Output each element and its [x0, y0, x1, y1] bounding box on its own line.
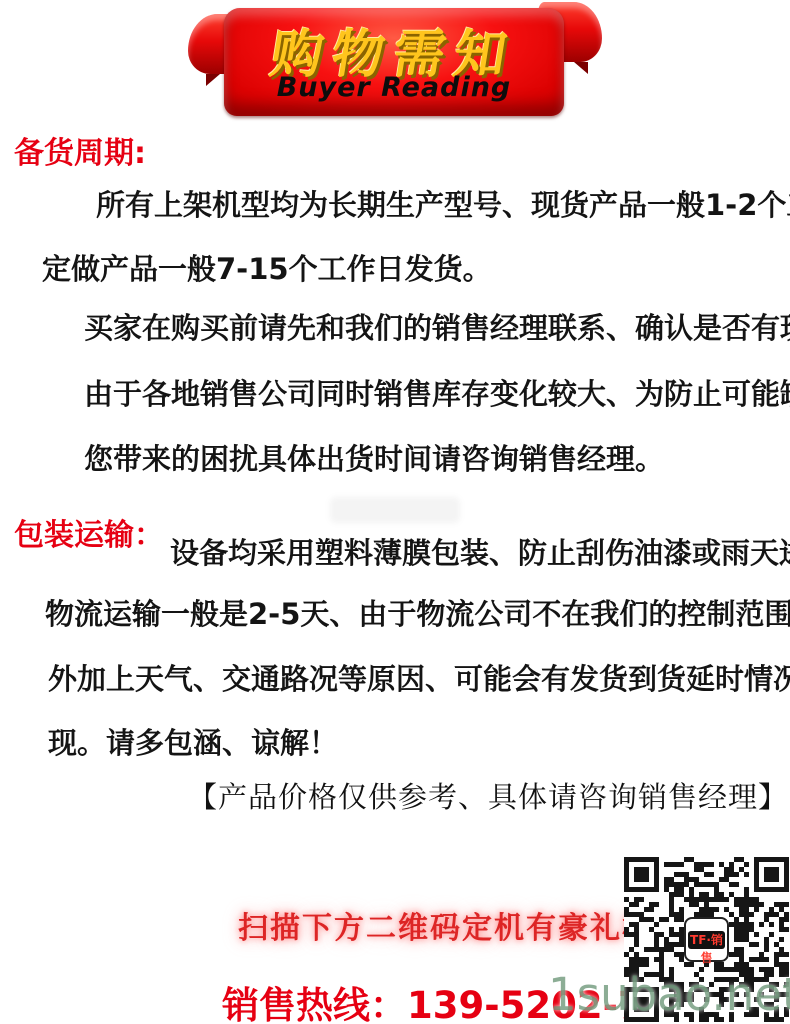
price-disclaimer: 【产品价格仅供参考、具体请咨询销售经理】 [188, 775, 788, 816]
qr-logo-text: TF·销售 [688, 931, 725, 949]
stock-line-2: 定做产品一般7-15个工作日发货。 [42, 247, 492, 288]
shipping-line-3: 外加上天气、交通路况等原因、可能会有发货到货延时情况出 [48, 657, 790, 698]
stock-line-3: 买家在购买前请先和我们的销售经理联系、确认是否有现货 [84, 306, 790, 347]
shipping-line-2: 物流运输一般是2-5天、由于物流公司不在我们的控制范围内 [45, 592, 790, 633]
qr-promo-text: 扫描下方二维码定机有豪礼相送 [238, 903, 686, 947]
shipping-line-4: 现。请多包涵、谅解！ [48, 721, 338, 762]
stock-section-heading: 备货周期: [14, 128, 146, 172]
stock-line-5: 您带来的困扰具体出货时间请咨询销售经理。 [84, 437, 664, 478]
site-watermark: 1subao.net [548, 968, 790, 1021]
stock-line-4: 由于各地销售公司同时销售库存变化较大、为防止可能缺货给 [84, 372, 790, 413]
banner-subtitle: Buyer Reading [186, 72, 602, 103]
shipping-section-heading: 包装运输： [14, 510, 164, 554]
faint-watermark-smudge [330, 497, 460, 523]
stock-line-1: 所有上架机型均为长期生产型号、现货产品一般1-2个工作日、 [96, 183, 790, 224]
buyer-reading-page: 购物需知 Buyer Reading 备货周期: 所有上架机型均为长期生产型号、… [0, 0, 790, 1024]
shipping-line-1: 设备均采用塑料薄膜包装、防止刮伤油漆或雨天进水。 [170, 531, 790, 572]
ribbon-banner: 购物需知 Buyer Reading [186, 0, 602, 122]
qr-center-logo: TF·销售 [684, 917, 729, 962]
